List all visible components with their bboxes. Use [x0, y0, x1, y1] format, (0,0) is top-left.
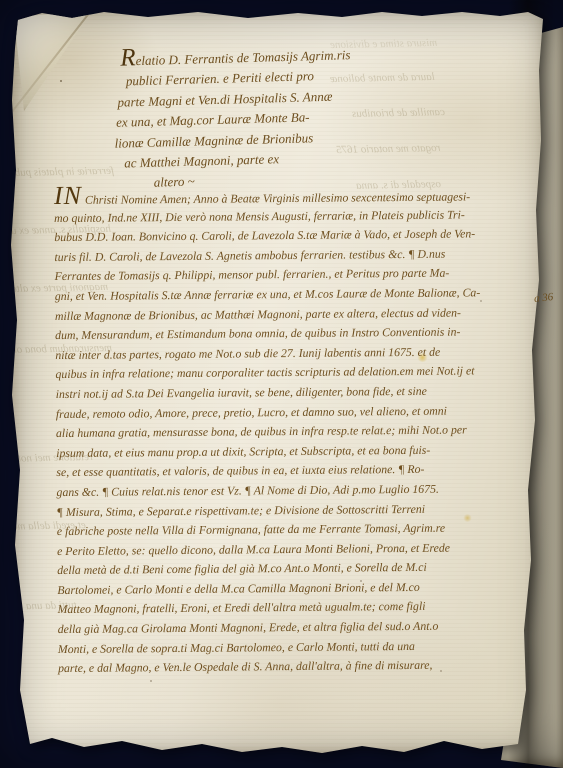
folded-corner: [14, 11, 106, 115]
manuscript-sheet-wrap: ferrariæ in plateis publicis hospitalis …: [0, 0, 563, 768]
body-line: parte, e dal Magno, e Ven.le Ospedale di…: [58, 655, 528, 679]
manuscript-page: ferrariæ in plateis publicis hospitalis …: [0, 0, 563, 768]
drop-cap-initial: IN: [54, 189, 82, 203]
document-body: INChristi Nomine Amen; Anno à Beatæ Virg…: [54, 185, 528, 679]
body-line-text: Christi Nomine Amen; Anno à Beatæ Virgin…: [85, 189, 470, 206]
document-heading: Relatio D. Ferrantis de Tomasijs Agrim.r…: [114, 41, 386, 194]
body-line: bubus D.D. Ioan. Bonvicino q. Caroli, de…: [54, 224, 524, 248]
body-line: alia humana gratia, mensurasse bona, de …: [56, 420, 526, 444]
bleed-through-text: ferrariæ in plateis publicis: [2, 165, 114, 179]
body-line: dum, Mensurandum, et Estimandum bona omn…: [55, 322, 525, 346]
margin-note: a 36: [533, 291, 553, 305]
body-line: quibus in infra relatione; manu corporal…: [55, 361, 525, 385]
manuscript-photo: ferrariæ in plateis publicis hospitalis …: [0, 0, 563, 768]
paper-specks: [60, 80, 62, 82]
